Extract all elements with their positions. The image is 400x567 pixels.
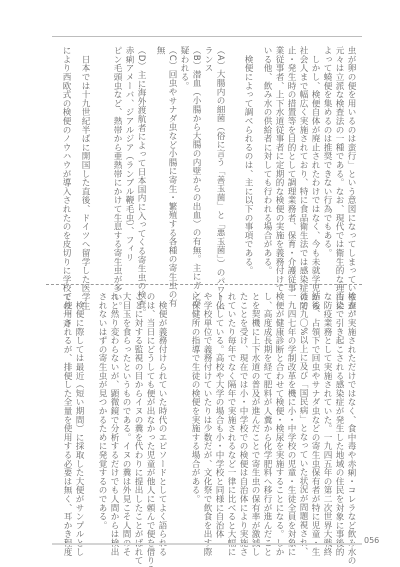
text-column: 検便に際しては最近（短い期間）に採取した大便がサンプルとし [73, 292, 85, 556]
text-column: ことに対する監視の目からイヌの糞を代わりに提出したことがばれて [132, 292, 144, 565]
text-column: 検便が義務付けられていた時代のエピソードとしてよく語られる [156, 292, 168, 556]
top-rule [52, 36, 362, 37]
text-column: されないはずの寄生虫が見つかるために発覚するのである。 [96, 292, 108, 530]
text-column: れと然り変わらないが、顕微鏡で分析するだけでも人間からは検出 [108, 292, 120, 556]
text-column: により西欧式の検便のノウハウが導入されたのを皮切りに学校での一斉 [60, 46, 72, 328]
text-column: 社会人まで幅広く実施されており、特に食品衛生法では感染症の防 [297, 46, 309, 310]
text-column: いる他、飲み水の供給者に対しても行われる場合がある。 [261, 46, 273, 275]
text-column: や学校単位で義務付けていたりは少数だが、文化祭で飲食を出す際 [201, 292, 213, 556]
text-column: に保健所の指導で生徒の検便を実施する場合がある。 [189, 292, 201, 503]
text-column: 赤痢アメーバ、ジアルジア（ランブル鞭毛虫）、フィリ [123, 46, 135, 262]
text-column: （B）潜血（小腸から大腸の内壁からの出血）の有無。主にガンが [190, 46, 202, 307]
page-number: 056 [364, 536, 379, 545]
text-column: 汚染で引き起こされる感染症が発生した地域の住民を対象に事後的 [333, 292, 345, 556]
text-column: ランス [202, 46, 214, 72]
text-column: 虫が卵の便を用いるのは蛮行」という意図になってしまっているが、 [345, 46, 357, 319]
text-column: とを契機に上下水道の普及が進んだことで寄生虫の保有率が激減し [249, 292, 261, 556]
text-column: て使用されるが、排便した全量を使用する必要は無く、耳かき程度 [61, 292, 73, 556]
text-column: 元々は立派な検査法の一種である。なお、現代では衛生的な理由に [333, 46, 345, 310]
text-column: な防疫業務として実施されていた。一九四五年の第二次世界大戦終 [321, 292, 333, 556]
text-column: 検便によって調べられるのは、主に以下の事項である。 [242, 46, 254, 275]
text-column: 業従事者、上下水道従事者に定期的な検便の実施を義務付けて [273, 46, 285, 292]
text-column: （D）主に海外渡航者によって日本国内に入ってくる寄生虫の検査。 [135, 46, 147, 317]
text-column: （C）回虫やサナダ虫など小腸に寄生・繁殖する各種の寄生虫の有 [166, 46, 178, 307]
text-column: 検査が実施されただけではなく、食中毒や赤痢・コレラなど飲み水の [345, 292, 357, 565]
text-column: たことを受け、現在では小・中学校での検便は自治体により実施さ [237, 292, 249, 556]
text-column: 徒で九〇%以上に及び「国民病」となっていた状況が問題視され、 [297, 292, 309, 556]
text-column: よって蟯便を集めるのは推奨できない行為でもある。 [321, 46, 333, 257]
text-column: のは、当日にどうしても便が出なかった児童が他人に頼んで便を借りる [144, 292, 156, 567]
text-column: 検便が健康診断と合わせて検便・検尿を実施することになる。しか [273, 292, 285, 556]
text-column: 止・発生時の措置等を目的として調理業務者、保育・介護従事 [285, 46, 297, 292]
text-column: し、高度成長期を経て肥料が人糞から化学肥料へ移行が進んだこと [261, 292, 273, 556]
text-column: 疑われる。 [178, 46, 190, 90]
text-column: 結後、占領下で回虫やサナダ虫などの寄生虫保有者が特に児童・生 [309, 292, 321, 556]
text-column: れていたり毎年でなく隔年で実施されるなど一律に比べると大幅に [225, 292, 237, 556]
text-column: しかし、検便自体が廃止されたわけではなく、今も未就学児から [309, 46, 321, 310]
text-column: 無 [154, 46, 166, 55]
section-divider [46, 284, 362, 285]
text-column: ピン毛頭虫など、熱帯から亜熱帯にかけて生息する寄生虫が多い。 [111, 46, 123, 310]
bottom-rule [52, 543, 362, 545]
text-column: （A）大腸内の細菌（俗に言う「善玉菌」と「悪玉菌」）のパワーバ [214, 46, 226, 312]
text-column: 大目玉を食らったというものである。イヌの糞は外見こそ人間のそ [120, 292, 132, 556]
text-column: 日本では十九世紀半ばに開国した直後、ドイツへ留学した医学生 [79, 46, 91, 310]
text-column: ト化している。高校や大学の場合も小・中学校と同様に自治体 [213, 292, 225, 538]
text-column: 一九四七年の学制改革を機に小・中学校の児童・生徒全員を対象に [285, 292, 297, 556]
